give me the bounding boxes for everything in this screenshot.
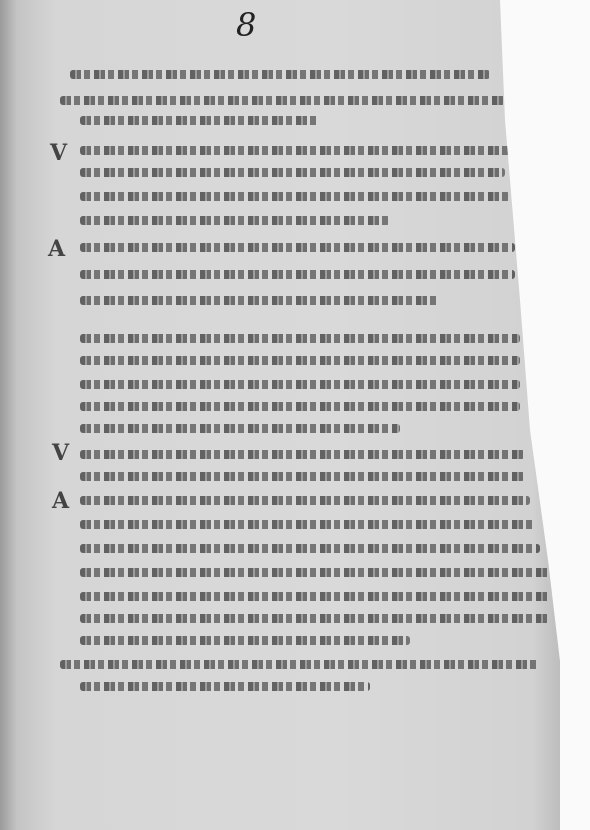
initial-letter: A	[48, 236, 65, 262]
manuscript-text-line	[80, 402, 520, 411]
manuscript-text-line	[80, 270, 515, 279]
manuscript-text-line	[80, 116, 320, 125]
initial-letter: V	[50, 140, 67, 166]
manuscript-text-line	[80, 168, 505, 177]
manuscript-text-line	[80, 450, 525, 459]
manuscript-text-line	[80, 424, 400, 433]
manuscript-text-line	[80, 592, 550, 601]
manuscript-text-line	[80, 216, 390, 225]
manuscript-text-line	[80, 682, 370, 691]
manuscript-text-line	[70, 70, 490, 79]
manuscript-text-line	[80, 614, 550, 623]
manuscript-text-line	[80, 243, 515, 252]
manuscript-text-line	[80, 380, 520, 389]
manuscript-text-line	[60, 96, 505, 105]
manuscript-text-line	[80, 520, 535, 529]
manuscript-text-line	[80, 356, 520, 365]
manuscript-text-line	[80, 472, 525, 481]
initial-letter: V	[52, 440, 69, 466]
manuscript-text-line	[80, 568, 550, 577]
initial-letter: A	[52, 488, 69, 514]
manuscript-text-line	[80, 334, 520, 343]
manuscript-text-line	[80, 636, 410, 645]
manuscript-text-line	[80, 296, 440, 305]
manuscript-text-line	[80, 146, 510, 155]
manuscript-text-line	[60, 660, 540, 669]
folio-number: 8	[236, 6, 256, 44]
manuscript-text-line	[80, 544, 540, 553]
manuscript-page: 8 V A V A	[0, 0, 560, 830]
manuscript-text-line	[80, 192, 510, 201]
manuscript-text-line	[80, 496, 530, 505]
